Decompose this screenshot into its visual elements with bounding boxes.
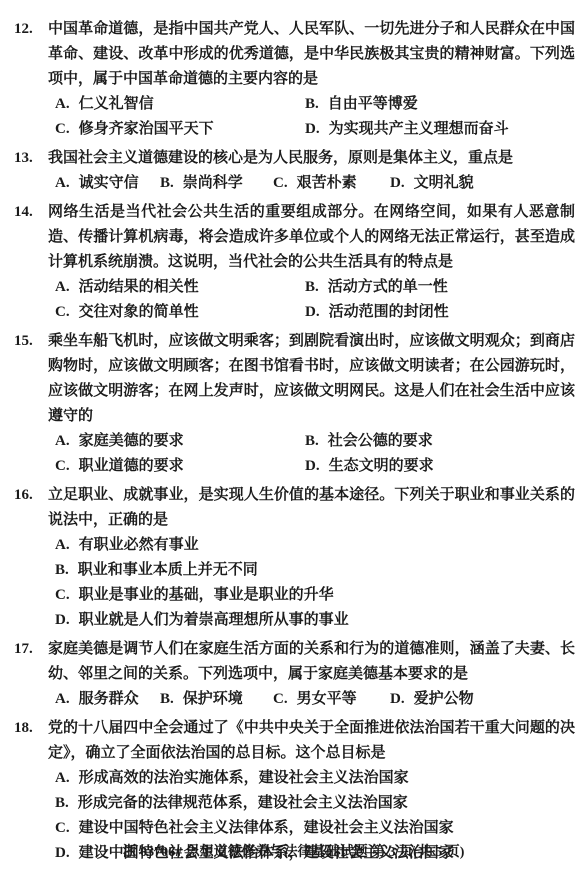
- option-text: 活动结果的相关性: [79, 279, 199, 295]
- option-a: A.服务群众: [55, 687, 160, 712]
- option-label: A.: [55, 175, 70, 191]
- option-text: 保护环境: [183, 691, 243, 707]
- option-text: 自由平等博爱: [328, 96, 418, 112]
- option-b: B.活动方式的单一性: [305, 275, 575, 300]
- option-text: 家庭美德的要求: [79, 433, 184, 449]
- question-number: 15.: [14, 329, 48, 354]
- question-stem: 乘坐车船飞机时，应该做文明乘客；到剧院看演出时，应该做文明观众；到商店购物时，应…: [48, 329, 575, 429]
- question-options: A.家庭美德的要求 B.社会公德的要求 C.职业道德的要求 D.生态文明的要求: [55, 429, 575, 479]
- question-stem: 中国革命道德，是指中国共产党人、人民军队、一切先进分子和人民群众在中国革命、建设…: [48, 17, 575, 92]
- option-b: B.形成完备的法律规范体系，建设社会主义法治国家: [55, 791, 575, 816]
- option-d: D.活动范围的封闭性: [305, 300, 575, 325]
- question-number: 17.: [14, 637, 48, 662]
- question-head: 14. 网络生活是当代社会公共生活的重要组成部分。在网络空间，如果有人恶意制造、…: [14, 200, 575, 275]
- option-b: B.保护环境: [160, 687, 273, 712]
- option-label: A.: [55, 433, 70, 449]
- question-stem: 网络生活是当代社会公共生活的重要组成部分。在网络空间，如果有人恶意制造、传播计算…: [48, 200, 575, 275]
- option-a: A.有职业必然有事业: [55, 533, 575, 558]
- option-d: D.为实现共产主义理想而奋斗: [305, 117, 575, 142]
- option-a: A.家庭美德的要求: [55, 429, 305, 454]
- option-text: 艰苦朴素: [297, 175, 357, 191]
- option-d: D.生态文明的要求: [305, 454, 575, 479]
- option-text: 修身齐家治国平天下: [79, 121, 214, 137]
- option-label: B.: [305, 433, 319, 449]
- option-c: C.建设中国特色社会主义法律体系，建设社会主义法治国家: [55, 816, 575, 841]
- option-text: 职业是事业的基础，事业是职业的升华: [79, 587, 334, 603]
- option-d: D.文明礼貌: [390, 171, 575, 196]
- question-16: 16. 立足职业、成就事业，是实现人生价值的基本途径。下列关于职业和事业关系的说…: [14, 483, 575, 633]
- option-text: 活动范围的封闭性: [329, 304, 449, 320]
- option-label: C.: [55, 458, 70, 474]
- option-label: B.: [160, 175, 174, 191]
- option-text: 男女平等: [297, 691, 357, 707]
- question-13: 13. 我国社会主义道德建设的核心是为人民服务，原则是集体主义，重点是 A.诚实…: [14, 146, 575, 196]
- question-stem: 立足职业、成就事业，是实现人生价值的基本途径。下列关于职业和事业关系的说法中，正…: [48, 483, 575, 533]
- question-head: 16. 立足职业、成就事业，是实现人生价值的基本途径。下列关于职业和事业关系的说…: [14, 483, 575, 533]
- option-text: 交往对象的简单性: [79, 304, 199, 320]
- option-b: B.社会公德的要求: [305, 429, 575, 454]
- question-options: A.仁义礼智信 B.自由平等博爱 C.修身齐家治国平天下 D.为实现共产主义理想…: [55, 92, 575, 142]
- question-number: 18.: [14, 716, 48, 741]
- option-label: C.: [273, 175, 288, 191]
- option-d: D.职业就是人们为着崇高理想所从事的事业: [55, 608, 575, 633]
- option-c: C.交往对象的简单性: [55, 300, 305, 325]
- question-head: 15. 乘坐车船飞机时，应该做文明乘客；到剧院看演出时，应该做文明观众；到商店购…: [14, 329, 575, 429]
- option-c: C.男女平等: [273, 687, 390, 712]
- option-text: 形成完备的法律规范体系，建设社会主义法治国家: [78, 795, 408, 811]
- question-number: 12.: [14, 17, 48, 42]
- option-b: B.职业和事业本质上并无不同: [55, 558, 575, 583]
- question-number: 14.: [14, 200, 48, 225]
- question-17: 17. 家庭美德是调节人们在家庭生活方面的关系和行为的道德准则，涵盖了夫妻、长幼…: [14, 637, 575, 712]
- option-label: D.: [305, 304, 320, 320]
- option-label: A.: [55, 537, 70, 553]
- option-text: 建设中国特色社会主义法律体系，建设社会主义法治国家: [79, 820, 454, 836]
- option-text: 服务群众: [79, 691, 139, 707]
- question-head: 17. 家庭美德是调节人们在家庭生活方面的关系和行为的道德准则，涵盖了夫妻、长幼…: [14, 637, 575, 687]
- option-label: B.: [305, 96, 319, 112]
- option-c: C.职业是事业的基础，事业是职业的升华: [55, 583, 575, 608]
- question-stem: 我国社会主义道德建设的核心是为人民服务，原则是集体主义，重点是: [48, 146, 575, 171]
- option-text: 职业道德的要求: [79, 458, 184, 474]
- option-label: D.: [390, 691, 405, 707]
- option-text: 诚实守信: [79, 175, 139, 191]
- question-head: 18. 党的十八届四中全会通过了《中共中央关于全面推进依法治国若干重大问题的决定…: [14, 716, 575, 766]
- question-head: 12. 中国革命道德，是指中国共产党人、人民军队、一切先进分子和人民群众在中国革…: [14, 17, 575, 92]
- question-15: 15. 乘坐车船飞机时，应该做文明乘客；到剧院看演出时，应该做文明观众；到商店购…: [14, 329, 575, 479]
- option-a: A.形成高效的法治实施体系，建设社会主义法治国家: [55, 766, 575, 791]
- question-options: A.诚实守信 B.崇尚科学 C.艰苦朴素 D.文明礼貌: [55, 171, 575, 196]
- option-c: C.修身齐家治国平天下: [55, 117, 305, 142]
- option-d: D.爱护公物: [390, 687, 575, 712]
- option-label: A.: [55, 279, 70, 295]
- option-c: C.职业道德的要求: [55, 454, 305, 479]
- option-label: C.: [55, 121, 70, 137]
- option-text: 职业和事业本质上并无不同: [78, 562, 258, 578]
- option-text: 文明礼貌: [414, 175, 474, 191]
- question-options: A.服务群众 B.保护环境 C.男女平等 D.爱护公物: [55, 687, 575, 712]
- option-text: 崇尚科学: [183, 175, 243, 191]
- option-a: A.仁义礼智信: [55, 92, 305, 117]
- option-c: C.艰苦朴素: [273, 171, 390, 196]
- exam-page: 12. 中国革命道德，是指中国共产党人、人民军队、一切先进分子和人民群众在中国革…: [0, 0, 587, 872]
- option-text: 为实现共产主义理想而奋斗: [329, 121, 509, 137]
- option-label: A.: [55, 770, 70, 786]
- option-label: B.: [55, 795, 69, 811]
- option-label: A.: [55, 691, 70, 707]
- option-a: A.活动结果的相关性: [55, 275, 305, 300]
- question-number: 16.: [14, 483, 48, 508]
- option-label: B.: [160, 691, 174, 707]
- option-b: B.崇尚科学: [160, 171, 273, 196]
- question-stem: 家庭美德是调节人们在家庭生活方面的关系和行为的道德准则，涵盖了夫妻、长幼、邻里之…: [48, 637, 575, 687]
- option-text: 社会公德的要求: [328, 433, 433, 449]
- option-label: C.: [55, 304, 70, 320]
- option-text: 形成高效的法治实施体系，建设社会主义法治国家: [79, 770, 409, 786]
- option-label: B.: [305, 279, 319, 295]
- option-a: A.诚实守信: [55, 171, 160, 196]
- question-head: 13. 我国社会主义道德建设的核心是为人民服务，原则是集体主义，重点是: [14, 146, 575, 171]
- question-14: 14. 网络生活是当代社会公共生活的重要组成部分。在网络空间，如果有人恶意制造、…: [14, 200, 575, 325]
- option-label: C.: [55, 587, 70, 603]
- question-number: 13.: [14, 146, 48, 171]
- option-label: A.: [55, 96, 70, 112]
- question-options: A.活动结果的相关性 B.活动方式的单一性 C.交往对象的简单性 D.活动范围的…: [55, 275, 575, 325]
- option-text: 仁义礼智信: [79, 96, 154, 112]
- option-text: 生态文明的要求: [329, 458, 434, 474]
- page-footer: 浙 03706# 思想道德修养与法律基础试题 第 3 页(共 5 页): [0, 840, 587, 865]
- option-label: C.: [55, 820, 70, 836]
- option-label: D.: [305, 458, 320, 474]
- option-label: C.: [273, 691, 288, 707]
- option-label: D.: [55, 612, 70, 628]
- option-text: 有职业必然有事业: [79, 537, 199, 553]
- option-text: 爱护公物: [414, 691, 474, 707]
- option-b: B.自由平等博爱: [305, 92, 575, 117]
- option-label: D.: [305, 121, 320, 137]
- option-text: 职业就是人们为着崇高理想所从事的事业: [79, 612, 349, 628]
- option-label: D.: [390, 175, 405, 191]
- question-12: 12. 中国革命道德，是指中国共产党人、人民军队、一切先进分子和人民群众在中国革…: [14, 17, 575, 142]
- question-stem: 党的十八届四中全会通过了《中共中央关于全面推进依法治国若干重大问题的决定》，确立…: [48, 716, 575, 766]
- option-label: B.: [55, 562, 69, 578]
- question-options: A.有职业必然有事业 B.职业和事业本质上并无不同 C.职业是事业的基础，事业是…: [55, 533, 575, 633]
- option-text: 活动方式的单一性: [328, 279, 448, 295]
